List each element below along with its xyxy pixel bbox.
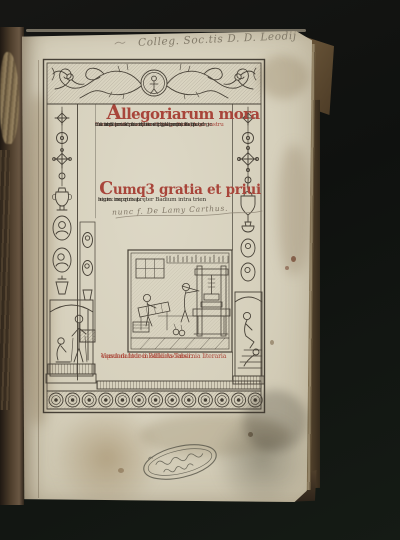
title-line: Cū indice ac serie sentētijs pręnotatis. bbox=[95, 122, 198, 129]
printing-press-device bbox=[128, 250, 232, 352]
title-heading-red: Allegoriarum mora bbox=[104, 105, 262, 122]
book-photo: Colleg. Soc.tis D. D. Leodij Allegoriaru… bbox=[0, 0, 400, 540]
oval-ink-stamp bbox=[140, 439, 219, 486]
top-frieze bbox=[47, 63, 261, 104]
privilege-heading-red: Cumq3 gratia et priui bbox=[96, 182, 264, 197]
bottom-rosette-frieze bbox=[47, 391, 262, 409]
woodcut-border-svg bbox=[0, 0, 400, 540]
lamp-ornament bbox=[242, 215, 254, 232]
bottom-dentil-band bbox=[97, 381, 261, 389]
right-ornament-band bbox=[233, 104, 265, 384]
privilege-line: nium imprimat. bbox=[98, 197, 141, 204]
portrait-medallions-right bbox=[241, 239, 255, 281]
vase-ornament bbox=[52, 188, 72, 210]
right-niche-figures bbox=[235, 292, 262, 376]
imprint-line: eiusdem Iodoci Badii Ascensii. bbox=[101, 353, 192, 361]
portrait-medallions-left bbox=[53, 216, 71, 272]
